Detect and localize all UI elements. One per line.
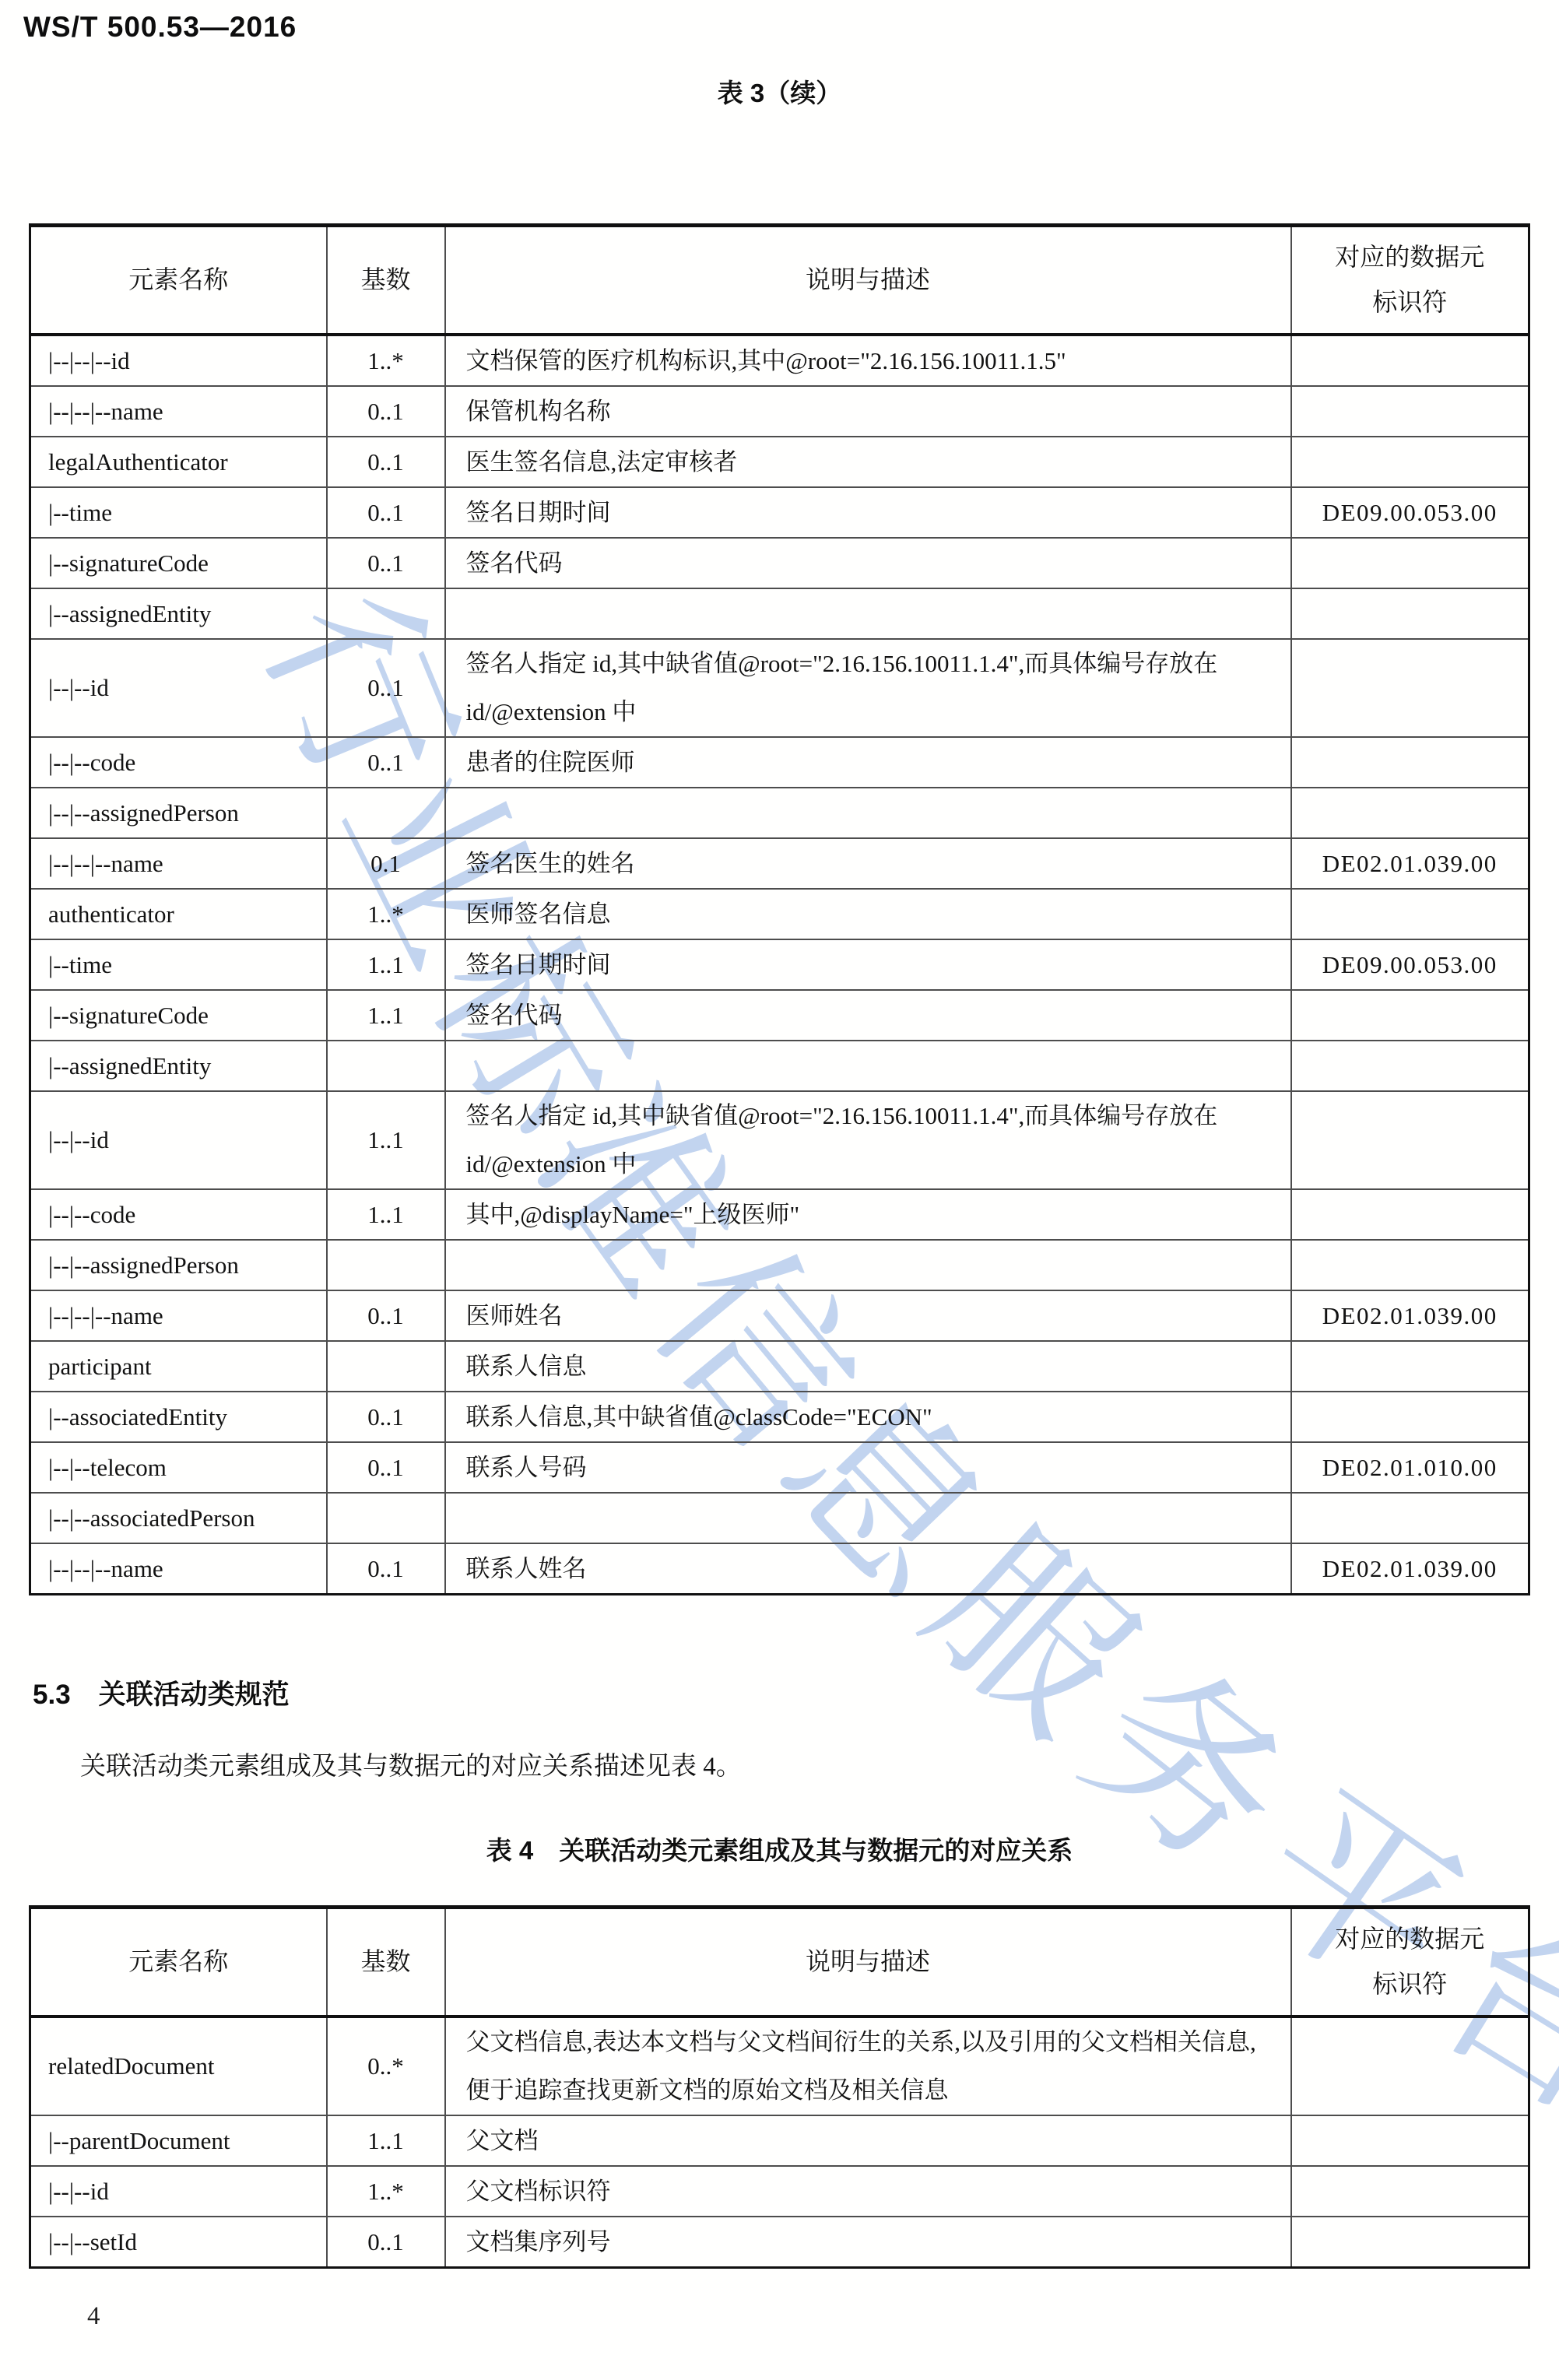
cell-element-name: |--|--|--name [30,386,327,437]
cell-identifier: DE02.01.039.00 [1291,1543,1529,1595]
table4-title: 表 4 关联活动类元素组成及其与数据元的对应关系 [0,1831,1559,1867]
table-row: |--assignedEntity [30,588,1529,639]
body-paragraph: 关联活动类元素组成及其与数据元的对应关系描述见表 4。 [29,1748,1528,1787]
cell-element-name: |--|--setId [30,2217,327,2268]
cell-element-name: |--time [30,487,327,538]
cell-description [445,1041,1291,1091]
cell-identifier [1291,2166,1529,2217]
cell-description: 联系人姓名 [445,1543,1291,1595]
cell-element-name: authenticator [30,889,327,939]
column-header: 说明与描述 [445,1908,1291,2017]
cell-description: 联系人号码 [445,1442,1291,1493]
cell-description: 签名人指定 id,其中缺省值@root="2.16.156.10011.1.4"… [445,1091,1291,1189]
document-page: 行业标准信息服务平台 WS/T 500.53—2016 表 3（续） 元素名称基… [0,0,1559,2380]
cell-cardinality: 1..1 [327,990,445,1041]
cell-element-name: |--|--id [30,2166,327,2217]
cell-description: 签名代码 [445,538,1291,588]
cell-description [445,788,1291,838]
column-header: 元素名称 [30,226,327,335]
cell-cardinality: 0..1 [327,2217,445,2268]
table-row: |--|--|--id1..*文档保管的医疗机构标识,其中@root="2.16… [30,335,1529,386]
cell-identifier: DE02.01.039.00 [1291,1290,1529,1341]
cell-identifier [1291,990,1529,1041]
table-row: |--|--code1..1其中,@displayName="上级医师" [30,1189,1529,1240]
cell-description: 签名医生的姓名 [445,838,1291,889]
cell-identifier [1291,538,1529,588]
table-4: 元素名称基数说明与描述对应的数据元 标识符relatedDocument0..*… [29,1905,1530,2269]
table-row: |--|--setId0..1文档集序列号 [30,2217,1529,2268]
cell-identifier [1291,437,1529,487]
cell-element-name: |--|--|--id [30,335,327,386]
cell-description: 签名日期时间 [445,939,1291,990]
table-row: authenticator1..*医师签名信息 [30,889,1529,939]
cell-cardinality [327,588,445,639]
cell-description: 患者的住院医师 [445,737,1291,788]
column-header: 对应的数据元 标识符 [1291,1908,1529,2017]
cell-description: 医师签名信息 [445,889,1291,939]
cell-identifier: DE09.00.053.00 [1291,939,1529,990]
cell-identifier [1291,1091,1529,1189]
cell-identifier [1291,1341,1529,1392]
table-row: |--associatedEntity0..1联系人信息,其中缺省值@class… [30,1392,1529,1442]
cell-element-name: |--|--id [30,1091,327,1189]
cell-cardinality: 0..1 [327,1442,445,1493]
cell-cardinality: 1..* [327,335,445,386]
table-row: relatedDocument0..*父文档信息,表达本文档与父文档间衍生的关系… [30,2017,1529,2115]
cell-cardinality: 1..1 [327,939,445,990]
table-row: |--parentDocument1..1父文档 [30,2115,1529,2166]
cell-description: 父文档信息,表达本文档与父文档间衍生的关系,以及引用的父文档相关信息,便于追踪查… [445,2017,1291,2115]
section-heading: 5.3关联活动类规范 [33,1673,290,1712]
table-row: legalAuthenticator0..1医生签名信息,法定审核者 [30,437,1529,487]
table-3: 元素名称基数说明与描述对应的数据元 标识符|--|--|--id1..*文档保管… [29,223,1530,1595]
cell-identifier [1291,737,1529,788]
cell-element-name: |--|--code [30,737,327,788]
page-number: 4 [87,2302,100,2331]
section-number: 5.3 [33,1680,71,1710]
cell-identifier: DE02.01.010.00 [1291,1442,1529,1493]
cell-element-name: |--|--id [30,639,327,737]
section-title: 关联活动类规范 [99,1680,290,1710]
column-header: 基数 [327,226,445,335]
cell-description: 医生签名信息,法定审核者 [445,437,1291,487]
cell-cardinality: 1..1 [327,2115,445,2166]
cell-description: 父文档标识符 [445,2166,1291,2217]
cell-cardinality: 0..1 [327,538,445,588]
cell-element-name: |--|--code [30,1189,327,1240]
cell-description: 签名日期时间 [445,487,1291,538]
cell-cardinality: 1..1 [327,1189,445,1240]
cell-cardinality: 0..* [327,2017,445,2115]
cell-cardinality: 0..1 [327,386,445,437]
cell-identifier [1291,2217,1529,2268]
cell-identifier [1291,335,1529,386]
cell-identifier [1291,1392,1529,1442]
cell-identifier [1291,2017,1529,2115]
cell-description: 保管机构名称 [445,386,1291,437]
cell-element-name: |--|--telecom [30,1442,327,1493]
cell-cardinality: 1..* [327,2166,445,2217]
cell-element-name: |--signatureCode [30,990,327,1041]
cell-element-name: |--time [30,939,327,990]
cell-identifier [1291,788,1529,838]
table-row: |--|--id1..1签名人指定 id,其中缺省值@root="2.16.15… [30,1091,1529,1189]
cell-description [445,588,1291,639]
column-header: 基数 [327,1908,445,2017]
cell-element-name: |--|--assignedPerson [30,1240,327,1290]
table3-title: 表 3（续） [0,73,1559,110]
table-row: |--|--code0..1患者的住院医师 [30,737,1529,788]
cell-element-name: |--assignedEntity [30,1041,327,1091]
header-row: 元素名称基数说明与描述对应的数据元 标识符 [30,1908,1529,2017]
table-row: |--|--telecom0..1联系人号码DE02.01.010.00 [30,1442,1529,1493]
table-row: |--|--|--name0..1联系人姓名DE02.01.039.00 [30,1543,1529,1595]
cell-identifier: DE09.00.053.00 [1291,487,1529,538]
table-row: participant联系人信息 [30,1341,1529,1392]
cell-element-name: |--|--|--name [30,838,327,889]
table-row: |--|--id0..1签名人指定 id,其中缺省值@root="2.16.15… [30,639,1529,737]
cell-element-name: |--|--|--name [30,1290,327,1341]
table-row: |--time1..1签名日期时间DE09.00.053.00 [30,939,1529,990]
cell-cardinality: 1..1 [327,1091,445,1189]
cell-cardinality [327,1493,445,1543]
cell-description: 联系人信息 [445,1341,1291,1392]
cell-identifier [1291,386,1529,437]
cell-description: 医师姓名 [445,1290,1291,1341]
cell-identifier [1291,639,1529,737]
cell-element-name: |--parentDocument [30,2115,327,2166]
cell-description: 文档保管的医疗机构标识,其中@root="2.16.156.10011.1.5" [445,335,1291,386]
cell-cardinality: 0..1 [327,737,445,788]
table-row: |--signatureCode1..1签名代码 [30,990,1529,1041]
cell-identifier [1291,588,1529,639]
cell-description [445,1493,1291,1543]
cell-identifier [1291,1493,1529,1543]
cell-cardinality: 0.1 [327,838,445,889]
column-header: 说明与描述 [445,226,1291,335]
cell-element-name: |--associatedEntity [30,1392,327,1442]
table-row: |--assignedEntity [30,1041,1529,1091]
cell-cardinality: 0..1 [327,487,445,538]
cell-identifier [1291,1041,1529,1091]
cell-element-name: |--|--assignedPerson [30,788,327,838]
cell-description: 其中,@displayName="上级医师" [445,1189,1291,1240]
cell-element-name: legalAuthenticator [30,437,327,487]
cell-cardinality: 0..1 [327,1290,445,1341]
table-row: |--|--assignedPerson [30,788,1529,838]
table-row: |--|--associatedPerson [30,1493,1529,1543]
cell-element-name: participant [30,1341,327,1392]
header-row: 元素名称基数说明与描述对应的数据元 标识符 [30,226,1529,335]
cell-cardinality [327,788,445,838]
table-row: |--|--|--name0..1医师姓名DE02.01.039.00 [30,1290,1529,1341]
table-row: |--|--id1..*父文档标识符 [30,2166,1529,2217]
cell-identifier: DE02.01.039.00 [1291,838,1529,889]
cell-cardinality: 0..1 [327,639,445,737]
cell-element-name: |--assignedEntity [30,588,327,639]
cell-identifier [1291,2115,1529,2166]
cell-element-name: relatedDocument [30,2017,327,2115]
cell-element-name: |--|--associatedPerson [30,1493,327,1543]
cell-cardinality [327,1041,445,1091]
column-header: 元素名称 [30,1908,327,2017]
cell-identifier [1291,1189,1529,1240]
cell-element-name: |--signatureCode [30,538,327,588]
cell-description [445,1240,1291,1290]
cell-element-name: |--|--|--name [30,1543,327,1595]
cell-description: 联系人信息,其中缺省值@classCode="ECON" [445,1392,1291,1442]
cell-cardinality: 0..1 [327,1392,445,1442]
table-row: |--signatureCode0..1签名代码 [30,538,1529,588]
standard-code-header: WS/T 500.53—2016 [23,11,297,44]
cell-description: 签名代码 [445,990,1291,1041]
cell-description: 文档集序列号 [445,2217,1291,2268]
table-row: |--|--|--name0..1保管机构名称 [30,386,1529,437]
table-row: |--|--|--name0.1签名医生的姓名DE02.01.039.00 [30,838,1529,889]
cell-identifier [1291,889,1529,939]
table-row: |--|--assignedPerson [30,1240,1529,1290]
cell-cardinality: 1..* [327,889,445,939]
column-header: 对应的数据元 标识符 [1291,226,1529,335]
cell-description: 签名人指定 id,其中缺省值@root="2.16.156.10011.1.4"… [445,639,1291,737]
cell-cardinality: 0..1 [327,1543,445,1595]
cell-description: 父文档 [445,2115,1291,2166]
cell-identifier [1291,1240,1529,1290]
cell-cardinality [327,1341,445,1392]
table-row: |--time0..1签名日期时间DE09.00.053.00 [30,487,1529,538]
cell-cardinality: 0..1 [327,437,445,487]
cell-cardinality [327,1240,445,1290]
